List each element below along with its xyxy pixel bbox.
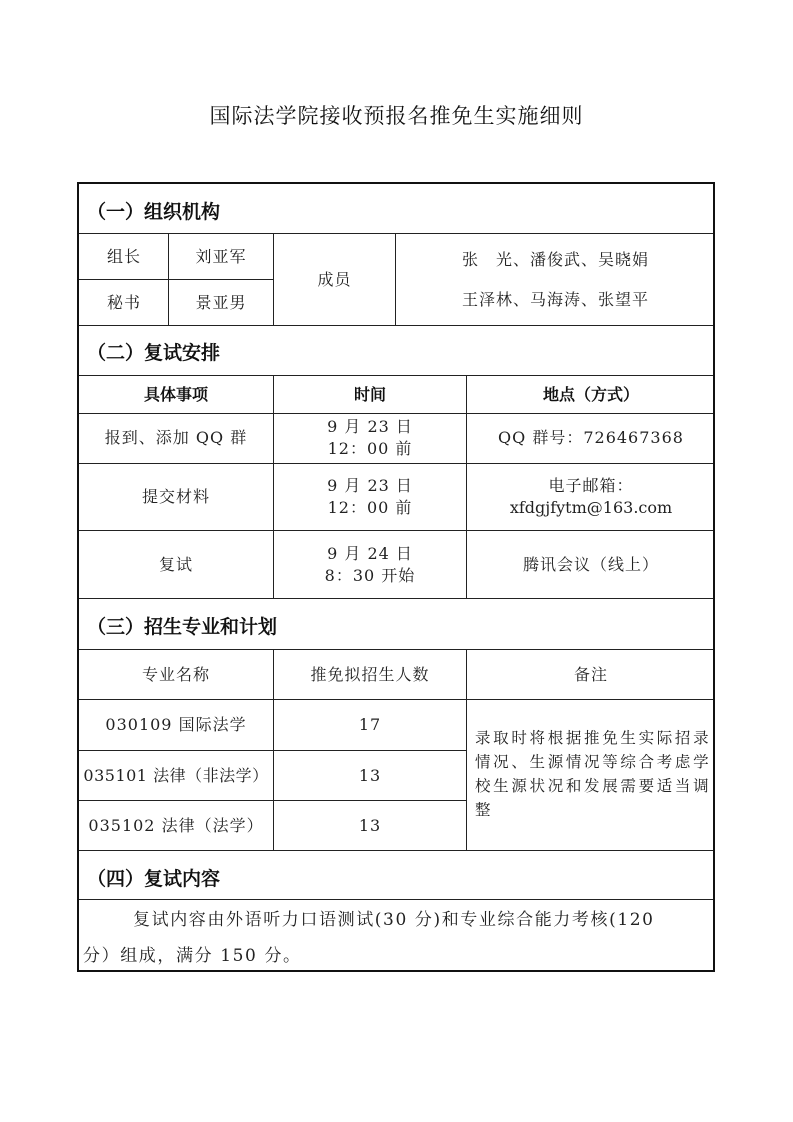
schedule-row-time: 9 月 23 日 12：00 前	[274, 464, 466, 530]
section-heading-plan: （三）招生专业和计划	[87, 612, 277, 639]
plan-col-count: 推免拟招生人数	[274, 650, 466, 699]
cell-text: 9 月 23 日	[327, 416, 413, 438]
plan-row-major: 035102 法律（法学）	[79, 801, 273, 850]
members-list: 张 光、潘俊武、吴晓娟 王泽林、马海涛、张望平	[396, 234, 715, 325]
rules-table: （一）组织机构 组长 刘亚军 秘书 景亚男 成员 张 光、潘俊武、吴晓娟 王泽林…	[77, 182, 715, 972]
section-heading-org: （一）组织机构	[87, 197, 220, 224]
schedule-row-item: 提交材料	[79, 464, 273, 530]
schedule-row-place: 腾讯会议（线上）	[467, 531, 715, 599]
divider	[79, 850, 713, 851]
plan-row-major: 030109 国际法学	[79, 700, 273, 750]
cell-text: 电子邮箱：	[548, 475, 633, 497]
section-heading-content: （四）复试内容	[87, 864, 220, 891]
column-header: 时间	[354, 384, 386, 406]
column-header: 地点（方式）	[543, 384, 639, 406]
cell-text: 9 月 23 日	[327, 475, 413, 497]
secretary-label-text: 秘书	[107, 292, 141, 314]
schedule-row-time: 9 月 24 日 8：30 开始	[274, 531, 466, 599]
cell-text: 13	[359, 815, 381, 837]
leader-label-text: 组长	[107, 246, 141, 268]
cell-text: 提交材料	[142, 486, 210, 508]
schedule-row-time: 9 月 23 日 12：00 前	[274, 414, 466, 462]
schedule-col-time: 时间	[274, 376, 466, 413]
content-line: 分）组成，满分 150 分。	[83, 938, 302, 974]
divider	[79, 899, 713, 900]
cell-text: 12：00 前	[328, 438, 413, 460]
secretary-label: 秘书	[79, 280, 169, 325]
schedule-col-place: 地点（方式）	[467, 376, 715, 413]
leader-label: 组长	[79, 234, 169, 279]
plan-row-major: 035101 法律（非法学）	[79, 751, 273, 800]
divider	[79, 598, 713, 599]
schedule-col-item: 具体事项	[79, 376, 273, 413]
cell-text: 8：30 开始	[325, 565, 416, 587]
column-header: 具体事项	[144, 384, 208, 406]
plan-row-count: 13	[274, 751, 466, 800]
members-line: 张 光、潘俊武、吴晓娟	[462, 240, 649, 280]
cell-text: 035102 法律（法学）	[88, 815, 263, 837]
column-header: 推免拟招生人数	[310, 664, 429, 686]
schedule-row-item: 复试	[79, 531, 273, 599]
divider	[79, 325, 713, 326]
cell-text: 9 月 24 日	[327, 543, 413, 565]
leader-name-text: 刘亚军	[195, 246, 246, 268]
secretary-name: 景亚男	[169, 280, 273, 325]
schedule-row-place: QQ 群号：726467368	[467, 414, 715, 462]
schedule-row-item: 报到、添加 QQ 群	[79, 414, 273, 462]
secretary-name-text: 景亚男	[195, 292, 246, 314]
column-header: 备注	[574, 664, 608, 686]
plan-col-note: 备注	[467, 650, 715, 699]
cell-text: 报到、添加 QQ 群	[105, 427, 247, 449]
cell-text: 17	[359, 714, 381, 736]
cell-text: 腾讯会议（线上）	[523, 554, 659, 576]
cell-text: 复试	[159, 554, 193, 576]
schedule-row-place: 电子邮箱： xfdgjfytm@163.com	[467, 464, 715, 530]
qq-group-number: QQ 群号：726467368	[498, 427, 684, 449]
plan-col-major: 专业名称	[79, 650, 273, 699]
plan-row-count: 17	[274, 700, 466, 750]
section-heading-schedule: （二）复试安排	[87, 338, 220, 365]
members-line: 王泽林、马海涛、张望平	[462, 280, 649, 320]
members-label: 成员	[274, 234, 395, 325]
content-line: 复试内容由外语听力口语测试(30 分)和专业综合能力考核(120	[133, 902, 655, 938]
cell-text: 030109 国际法学	[105, 714, 246, 736]
plan-note: 录取时将根据推免生实际招录情况、生源情况等综合考虑学校生源状况和发展需要适当调整	[475, 726, 711, 822]
cell-text: 12：00 前	[328, 497, 413, 519]
cell-text: 035101 法律（非法学）	[83, 765, 268, 787]
page-title: 国际法学院接收预报名推免生实施细则	[0, 100, 793, 130]
email-link[interactable]: xfdgjfytm@163.com	[510, 497, 672, 519]
plan-row-count: 13	[274, 801, 466, 850]
leader-name: 刘亚军	[169, 234, 273, 279]
members-label-text: 成员	[317, 269, 351, 291]
column-header: 专业名称	[142, 664, 210, 686]
cell-text: 13	[359, 765, 381, 787]
